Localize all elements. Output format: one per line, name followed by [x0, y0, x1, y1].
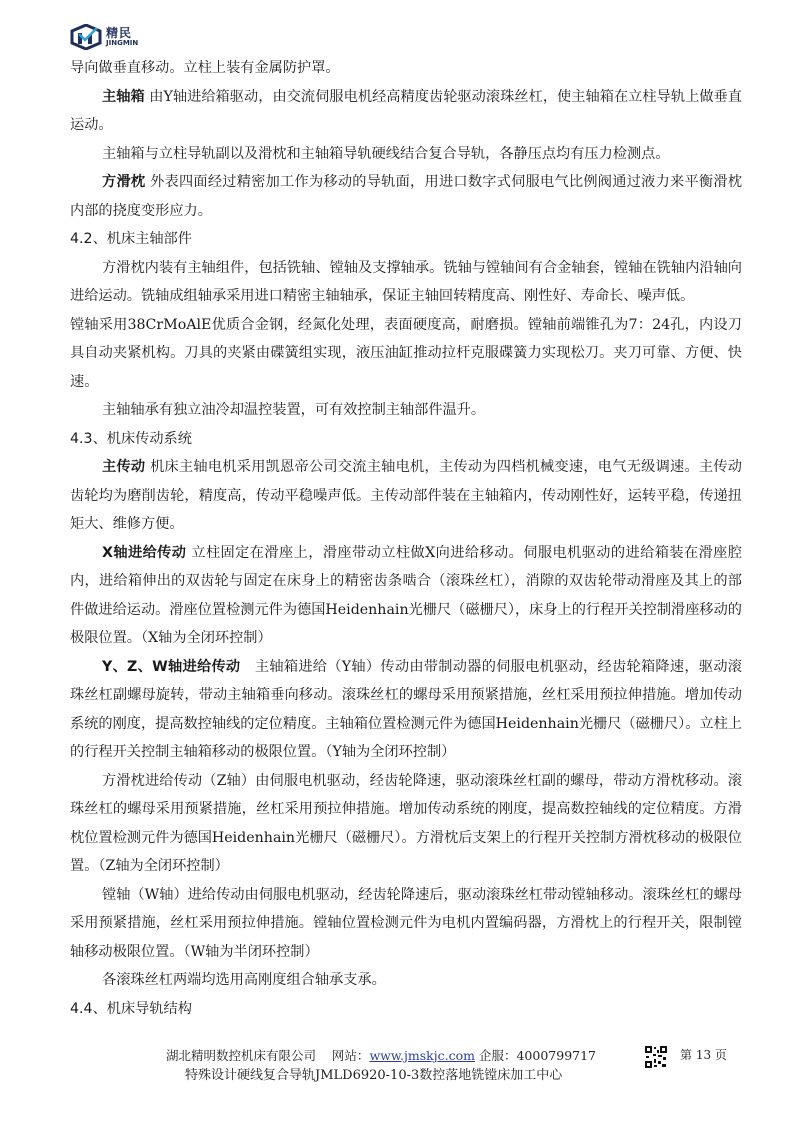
jingmin-logo-icon	[70, 24, 102, 50]
section-heading-4-4: 4.4、机床导轨结构	[70, 995, 742, 1024]
company-name: 湖北精明数控机床有限公司	[166, 1048, 316, 1063]
section-heading-4-3: 4.3、机床传动系统	[70, 425, 742, 454]
paragraph-text: 机床主轴电机采用凯恩帝公司交流主轴电机，主传动为四档机械变速，电气无级调速。主传…	[70, 459, 742, 532]
term-bold: Y、Z、W轴进给传动	[102, 659, 240, 675]
paragraph-ram: 方滑枕 外表四面经过精密加工作为移动的导轨面，用进口数字式伺服电气比例阀通过液力…	[70, 168, 742, 225]
footer-line-1: 湖北精明数控机床有限公司 网站：www.jmskjc.com 企服：400079…	[166, 1046, 596, 1064]
paragraph: 导向做垂直移动。立柱上装有金属防护罩。	[70, 54, 742, 83]
paragraph: 方滑枕进给传动（Z轴）由伺服电机驱动，经齿轮降速，驱动滚珠丝杠副的螺母，带动方滑…	[70, 767, 742, 881]
service-label: 企服：	[479, 1048, 517, 1063]
paragraph: 方滑枕内装有主轴组件，包括铣轴、镗轴及支撑轴承。铣轴与镗轴间有合金轴套，镗轴在铣…	[70, 254, 742, 311]
term-bold: X轴进给传动	[102, 545, 186, 561]
document-subtitle: 特殊设计硬线复合导轨JMLD6920-10-3数控落地铣镗床加工中心	[185, 1064, 562, 1083]
website-link[interactable]: www.jmskjc.com	[369, 1048, 475, 1063]
term-bold: 主轴箱	[102, 89, 145, 105]
paragraph: 镗轴采用38CrMoAlE优质合金钢，经氮化处理，表面硬度高，耐磨损。镗轴前端锥…	[70, 311, 742, 397]
page-number: 第 13 页	[680, 1046, 727, 1063]
paragraph: 各滚珠丝杠两端均选用高刚度组合轴承支承。	[70, 966, 742, 995]
term-bold: 方滑枕	[102, 174, 145, 190]
document-body: 导向做垂直移动。立柱上装有金属防护罩。 主轴箱 由Y轴进给箱驱动，由交流伺服电机…	[70, 54, 742, 1023]
paragraph: 主轴箱与立柱导轨副以及滑枕和主轴箱导轨硬线结合复合导轨，各静压点均有压力检测点。	[70, 140, 742, 169]
service-phone: 4000799717	[516, 1048, 596, 1063]
paragraph: 主轴轴承有独立油冷却温控装置，可有效控制主轴部件温升。	[70, 396, 742, 425]
page-header: 精民 JINGMIN	[70, 22, 138, 52]
paragraph-x-axis: X轴进给传动 立柱固定在滑座上，滑座带动立柱做X向进给移动。伺服电机驱动的进给箱…	[70, 539, 742, 653]
term-bold: 主传动	[102, 459, 145, 475]
paragraph-yzw-axis: Y、Z、W轴进给传动 主轴箱进给（Y轴）传动由带制动器的伺服电机驱动，经齿轮箱降…	[70, 653, 742, 767]
qr-code-icon	[645, 1046, 667, 1068]
paragraph-spindle-box: 主轴箱 由Y轴进给箱驱动，由交流伺服电机经高精度齿轮驱动滚珠丝杠，使主轴箱在立柱…	[70, 83, 742, 140]
paragraph-text: 外表四面经过精密加工作为移动的导轨面，用进口数字式伺服电气比例阀通过液力来平衡滑…	[70, 174, 742, 219]
paragraph-main-drive: 主传动 机床主轴电机采用凯恩帝公司交流主轴电机，主传动为四档机械变速，电气无级调…	[70, 453, 742, 539]
paragraph-text: 由Y轴进给箱驱动，由交流伺服电机经高精度齿轮驱动滚珠丝杠，使主轴箱在立柱导轨上做…	[70, 89, 742, 134]
logo-english-name: JINGMIN	[106, 40, 138, 47]
section-heading-4-2: 4.2、机床主轴部件	[70, 225, 742, 254]
logo-chinese-name: 精民	[106, 27, 138, 39]
paragraph: 镗轴（W轴）进给传动由伺服电机驱动，经齿轮降速后，驱动滚珠丝杠带动镗轴移动。滚珠…	[70, 881, 742, 967]
website-label: 网站：	[332, 1048, 370, 1063]
